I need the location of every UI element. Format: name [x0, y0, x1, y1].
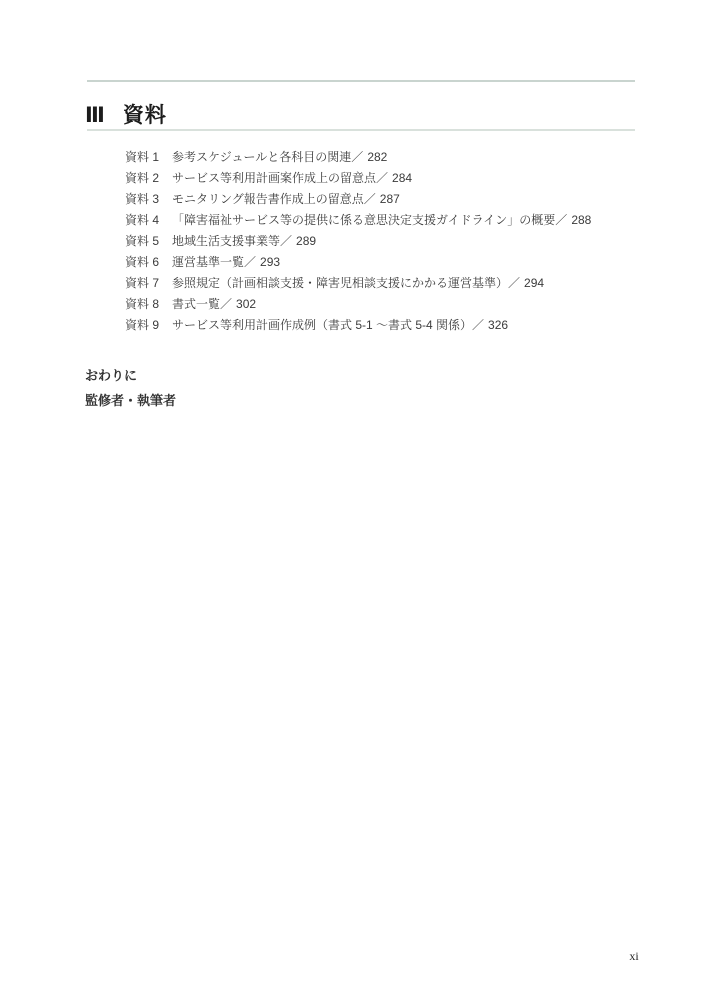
toc-entry: 資料 1参考スケジュールと各科目の関連／282 — [125, 147, 591, 168]
toc-entry: 資料 2サービス等利用計画案作成上の留意点／284 — [125, 168, 591, 189]
toc-entry-title: 地域生活支援事業等 — [172, 234, 280, 248]
toc-entry-title: サービス等利用計画作成例（書式 5-1 ～書式 5-4 関係） — [172, 318, 472, 332]
toc-list: 資料 1参考スケジュールと各科目の関連／282 資料 2サービス等利用計画案作成… — [125, 147, 591, 336]
toc-entry-title: モニタリング報告書作成上の留意点 — [172, 192, 364, 206]
toc-page-number: 326 — [488, 318, 508, 332]
section-header: Ⅲ 資料 — [85, 99, 167, 129]
toc-entry-label: 資料 5 — [125, 231, 172, 252]
toc-entry-label: 資料 8 — [125, 294, 172, 315]
toc-entry-title: 参考スケジュールと各科目の関連 — [172, 150, 351, 164]
toc-entry-label: 資料 2 — [125, 168, 172, 189]
toc-entry-title: 参照規定（計画相談支援・障害児相談支援にかかる運営基準） — [172, 276, 508, 290]
toc-separator: ／ — [280, 234, 292, 248]
toc-separator: ／ — [376, 171, 388, 185]
back-matter-entry: おわりに — [85, 363, 176, 388]
toc-entry: 資料 4「障害福祉サービス等の提供に係る意思決定支援ガイドライン」の概要／288 — [125, 210, 591, 231]
back-matter-list: おわりに 監修者・執筆者 — [85, 363, 176, 413]
toc-entry-label: 資料 3 — [125, 189, 172, 210]
toc-separator: ／ — [555, 213, 567, 227]
toc-separator: ／ — [244, 255, 256, 269]
toc-page-number: 289 — [296, 234, 316, 248]
toc-entry: 資料 6運営基準一覧／293 — [125, 252, 591, 273]
toc-separator: ／ — [472, 318, 484, 332]
back-matter-entry: 監修者・執筆者 — [85, 388, 176, 413]
toc-separator: ／ — [508, 276, 520, 290]
toc-page-number: 284 — [392, 171, 412, 185]
toc-entry-label: 資料 7 — [125, 273, 172, 294]
toc-entry-label: 資料 6 — [125, 252, 172, 273]
toc-entry: 資料 5地域生活支援事業等／289 — [125, 231, 591, 252]
toc-entry-label: 資料 9 — [125, 315, 172, 336]
toc-page-number: 288 — [571, 213, 591, 227]
toc-entry: 資料 7参照規定（計画相談支援・障害児相談支援にかかる運営基準）／294 — [125, 273, 591, 294]
toc-page-number: 302 — [236, 297, 256, 311]
header-rule-top — [87, 80, 635, 82]
toc-entry-title: 運営基準一覧 — [172, 255, 244, 269]
section-number: Ⅲ — [85, 103, 106, 128]
toc-entry: 資料 9サービス等利用計画作成例（書式 5-1 ～書式 5-4 関係）／326 — [125, 315, 591, 336]
toc-entry-title: サービス等利用計画案作成上の留意点 — [172, 171, 376, 185]
toc-separator: ／ — [220, 297, 232, 311]
header-rule-bottom — [87, 129, 635, 131]
toc-page-number: 282 — [367, 150, 387, 164]
toc-separator: ／ — [351, 150, 363, 164]
toc-entry: 資料 8書式一覧／302 — [125, 294, 591, 315]
page-number: xi — [618, 949, 650, 964]
toc-entry-label: 資料 4 — [125, 210, 172, 231]
toc-entry: 資料 3モニタリング報告書作成上の留意点／287 — [125, 189, 591, 210]
toc-entry-label: 資料 1 — [125, 147, 172, 168]
toc-entry-title: 書式一覧 — [172, 297, 220, 311]
toc-page-number: 294 — [524, 276, 544, 290]
toc-page-number: 293 — [260, 255, 280, 269]
toc-entry-title: 「障害福祉サービス等の提供に係る意思決定支援ガイドライン」の概要 — [172, 213, 555, 227]
toc-separator: ／ — [364, 192, 376, 206]
section-title: 資料 — [123, 99, 167, 129]
toc-page-number: 287 — [380, 192, 400, 206]
